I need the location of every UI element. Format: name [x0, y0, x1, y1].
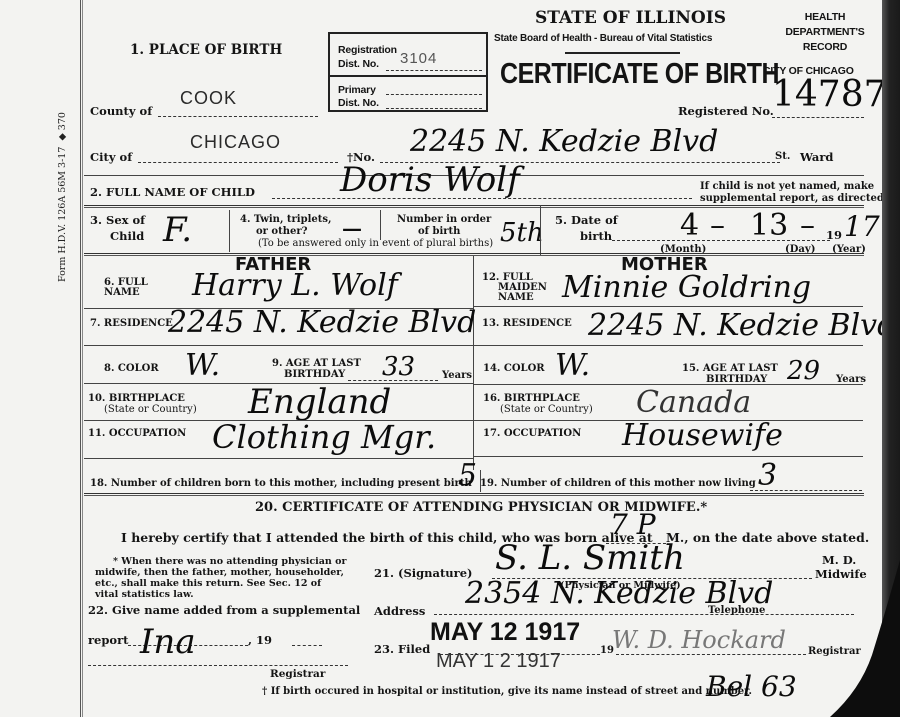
city-label: City of [90, 150, 132, 164]
mother-occupation-value: Housewife [622, 418, 783, 453]
filed-label: 23. Filed [374, 642, 430, 656]
registered-no-value: 14787 [772, 74, 887, 115]
no-physician-note: * When there was no attending physician … [95, 556, 346, 600]
reg-dist-value: 3104 [400, 50, 437, 67]
father-birthplace-value: England [248, 382, 391, 422]
birth-order-value: 5th [500, 218, 544, 248]
dob-label-2: birth [580, 229, 612, 243]
telephone-label: Telephone [708, 605, 765, 616]
child-name-value: Doris Wolf [340, 160, 520, 200]
mother-birthplace-label-2: (State or Country) [500, 404, 593, 415]
reg-box-divider [330, 75, 486, 77]
primary-dist-line-1 [386, 94, 482, 95]
children-born-value: 5 [458, 458, 477, 493]
reg-dist-label-2: Dist. No. [338, 58, 379, 70]
divider-order-dob [540, 205, 541, 255]
mother-residence-label: 13. RESIDENCE [482, 318, 572, 329]
mother-name-value: Minnie Goldring [562, 270, 811, 305]
supplemental-value: Ina [140, 622, 196, 662]
rule-after-dob [84, 253, 864, 256]
registered-no-label: Registered No. [678, 104, 774, 118]
street-value: 2245 N. Kedzie Blvd [410, 124, 718, 159]
st-label: St. [775, 151, 790, 162]
mother-color-value: W. [555, 348, 590, 383]
order-label-2: of birth [418, 226, 460, 237]
mother-residence-value: 2245 N. Kedzie Blvd [588, 308, 896, 343]
rule-after-children [84, 493, 864, 496]
county-value: COOK [180, 88, 237, 109]
reg-dist-label-1: Registration [338, 44, 397, 56]
registrar-signature: W. D. Hockard [612, 626, 786, 654]
mother-age-label-1: 15. AGE AT LAST [682, 363, 778, 374]
children-born-label: 18. Number of children born to this moth… [90, 478, 472, 489]
city-line [138, 162, 338, 163]
supplemental-registrar-label: Registrar [270, 668, 325, 680]
father-age-value: 33 [382, 352, 415, 382]
report-year-line [292, 645, 322, 646]
divider-twin-order [380, 210, 381, 240]
divider-sex-twin [229, 210, 230, 252]
filed-stamp-1: MAY 12 1917 [430, 618, 580, 647]
certify-statement-post: M., on the date above stated. [666, 530, 869, 545]
rule-father-residence [84, 345, 473, 346]
twin-value: — [342, 216, 362, 240]
mother-birthplace-value: Canada [636, 385, 751, 420]
dept-line-1: HEALTH [790, 11, 860, 23]
dob-month: 4 [680, 208, 699, 243]
certificate-title: CERTIFICATE OF BIRTH [500, 58, 779, 91]
rule-father-occupation [84, 458, 473, 459]
father-years-label: Years [442, 370, 472, 381]
primary-dist-line-2 [386, 108, 482, 109]
county-label: County of [90, 104, 152, 118]
rule-mother-residence [473, 345, 863, 346]
place-of-birth-heading: 1. PLACE OF BIRTH [130, 42, 282, 58]
father-color-value: W. [185, 348, 220, 383]
twin-label-1: 4. Twin, triplets, [240, 214, 331, 225]
father-occupation-label: 11. OCCUPATION [88, 428, 186, 439]
father-birthplace-label-1: 10. BIRTHPLACE [88, 393, 185, 404]
filed-stamp-2: MAY 1 2 1917 [436, 650, 561, 673]
mother-birthplace-label-1: 16. BIRTHPLACE [483, 393, 580, 404]
board-subtitle: State Board of Health - Bureau of Vital … [494, 33, 712, 44]
address-label: Address [374, 604, 425, 618]
form-id-text: Form H.D.V. 126A 56M 3-17 ◆ 370 [57, 52, 68, 282]
sex-label-1: 3. Sex of [90, 213, 145, 227]
mother-occupation-label: 17. OCCUPATION [483, 428, 581, 439]
dob-label-1: 5. Date of [555, 213, 618, 227]
father-color-label: 8. COLOR [104, 363, 159, 374]
telephone-value: Bel 63 [706, 670, 797, 703]
dob-year-prefix: 19 [826, 228, 842, 242]
report-year-prefix: , 19 [248, 633, 272, 647]
registration-district-box: Registration Dist. No. 3104 Primary Dist… [328, 32, 488, 112]
page-curl-corner [790, 560, 900, 717]
birth-time-value: 7 P [610, 508, 656, 541]
form-number-vertical: Form H.D.V. 126A 56M 3-17 ◆ 370 [52, 52, 72, 282]
child-name-label: 2. FULL NAME OF CHILD [90, 185, 255, 199]
mother-color-label: 14. COLOR [483, 363, 545, 374]
primary-dist-label-2: Dist. No. [338, 97, 379, 109]
father-age-label-2: BIRTHDAY [284, 369, 345, 380]
father-name-value: Harry L. Wolf [192, 268, 398, 303]
children-living-value: 3 [758, 458, 777, 493]
mother-name-label-3: NAME [498, 292, 534, 303]
supplemental-label: 22. Give name added from a supplemental [88, 603, 360, 617]
ward-label: Ward [800, 150, 833, 164]
father-age-label-1: 9. AGE AT LAST [272, 358, 361, 369]
city-value: CHICAGO [190, 132, 281, 153]
father-name-label-2: NAME [104, 287, 140, 298]
name-note-1: If child is not yet named, make [700, 181, 874, 192]
header-rule [565, 52, 680, 54]
signature-label: 21. (Signature) [374, 566, 472, 580]
dob-year: 17 [844, 210, 880, 243]
birth-certificate-page: Form H.D.V. 126A 56M 3-17 ◆ 370 1. PLACE… [0, 0, 900, 717]
registrar-line [88, 665, 348, 666]
plural-note: (To be answered only in event of plural … [258, 238, 493, 249]
reg-dist-line [386, 70, 482, 71]
children-living-label: 19. Number of children of this mother no… [480, 478, 756, 489]
rule-mother-name [473, 306, 863, 307]
rule-after-name [84, 205, 864, 208]
signature-value: S. L. Smith [495, 538, 685, 578]
county-line [158, 116, 318, 117]
left-border-line [80, 0, 83, 717]
rule-mother-occupation [473, 456, 863, 457]
report-label: report [88, 633, 128, 647]
sex-label-2: Child [110, 229, 144, 243]
twin-label-2: or other? [256, 226, 307, 237]
state-title: STATE OF ILLINOIS [535, 8, 726, 28]
primary-dist-label-1: Primary [338, 84, 376, 96]
dept-line-3: RECORD [790, 41, 860, 53]
order-label-1: Number in order [397, 214, 491, 225]
footnote: † If birth occured in hospital or instit… [262, 686, 752, 697]
father-residence-label: 7. RESIDENCE [90, 318, 173, 329]
registered-no-line [772, 117, 864, 118]
father-occupation-value: Clothing Mgr. [212, 418, 436, 456]
father-birthplace-label-2: (State or Country) [104, 404, 197, 415]
name-note-2: supplemental report, as directed. [700, 193, 887, 204]
father-mother-divider [473, 256, 474, 470]
dob-day: 13 [750, 208, 788, 243]
mother-age-value: 29 [787, 356, 820, 386]
dept-line-2: DEPARTMENT'S [775, 26, 875, 38]
filed-registrar-line [616, 654, 806, 655]
sex-value: F. [163, 210, 192, 250]
father-residence-value: 2245 N. Kedzie Blvd [168, 305, 476, 340]
